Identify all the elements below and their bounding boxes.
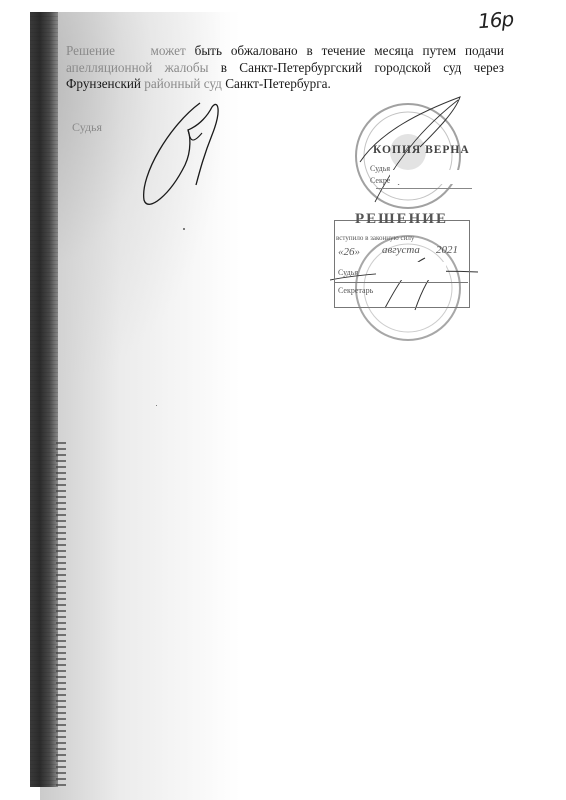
paragraph-line-1: быть обжаловано в течение месяца путем п… [186, 43, 504, 58]
redaction-block [390, 170, 468, 184]
appeal-notice-paragraph: Решение может быть обжаловано в течение … [66, 43, 504, 93]
certified-copy-title: КОПИЯ ВЕРНА [373, 144, 470, 156]
paragraph-faded-word: может [151, 43, 186, 58]
certified-copy-stamp: КОПИЯ ВЕРНА Судья Секретарь [340, 92, 480, 212]
certified-copy-judge-field: Судья [370, 164, 390, 173]
handwritten-page-number: 16р [477, 7, 514, 33]
stamp-divider [376, 188, 472, 189]
decision-stamp-subtitle: вступило в законную силу [336, 234, 414, 242]
redaction-block [376, 262, 446, 280]
decision-date-year: 2021 [436, 244, 458, 256]
paragraph-line-3: Санкт-Петербурга. [222, 76, 331, 91]
judge-signature [130, 95, 250, 215]
decision-stamp-secretary-field: Секретарь [338, 286, 373, 295]
decision-stamp-title: РЕШЕНИЕ [355, 211, 448, 228]
decision-date-day: «26» [338, 246, 360, 258]
decision-stamp-judge-field: Судья [338, 268, 358, 277]
paragraph-faded-words: апелляционной жалобы [66, 60, 208, 75]
decision-in-force-stamp: РЕШЕНИЕ вступило в законную силу «26» ав… [330, 210, 480, 350]
judge-label: Судья [72, 120, 102, 135]
scan-binding-edge [30, 12, 58, 787]
scan-speck [156, 405, 157, 406]
scan-speck [183, 228, 185, 230]
paragraph-faded-word: Решение [66, 43, 115, 58]
paragraph-faded-words: районный суд [144, 76, 222, 91]
stamp-divider [334, 282, 468, 283]
decision-date-month: августа [382, 244, 420, 256]
